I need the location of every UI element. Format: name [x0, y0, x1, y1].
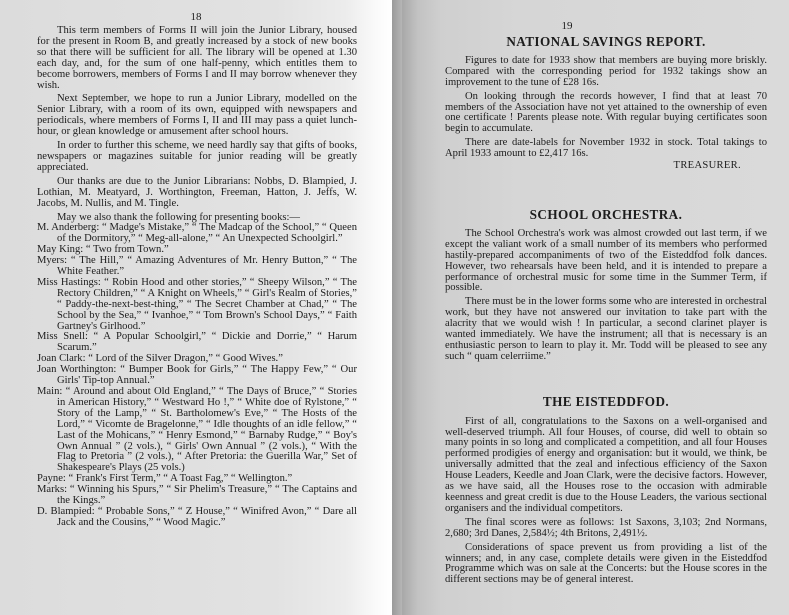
donor-entry: D. Blampied: “ Probable Sons,” “ Z House… — [37, 507, 357, 529]
paragraph: In order to further this scheme, we need… — [37, 141, 357, 174]
paragraph: This term members of Forms II will join … — [37, 26, 357, 91]
donor-entry: Marks: “ Winning his Spurs,” “ Sir Pheli… — [37, 485, 357, 507]
paragraph: First of all, congratulations to the Sax… — [445, 417, 767, 515]
donor-entry: Joan Worthington: “ Bumper Book for Girl… — [37, 365, 357, 387]
paragraph: The School Orchestra's work was almost c… — [445, 229, 767, 294]
right-page-body: NATIONAL SAVINGS REPORT. Figures to date… — [445, 37, 767, 589]
paragraph: Next September, we hope to run a Junior … — [37, 94, 357, 138]
paragraph: There are date-labels for November 1932 … — [445, 138, 767, 160]
paragraph: Considerations of space prevent us from … — [445, 543, 767, 587]
book-gutter — [392, 0, 402, 615]
paragraph: Figures to date for 1933 show that membe… — [445, 56, 767, 89]
donor-entry: Main: “ Around and about Old England,” “… — [37, 387, 357, 474]
page-number: 19 — [402, 20, 732, 32]
section-heading: SCHOOL ORCHESTRA. — [445, 210, 767, 221]
donor-entry: Miss Hastings: “ Robin Hood and other st… — [37, 278, 357, 333]
signature: TREASURER. — [445, 161, 767, 172]
section-heading: THE EISTEDDFOD. — [445, 397, 767, 408]
paragraph: There must be in the lower forms some wh… — [445, 297, 767, 362]
donor-entry: Miss Snell: “ A Popular Schoolgirl,” “ D… — [37, 332, 357, 354]
section-eisteddfod: THE EISTEDDFOD. First of all, congratula… — [445, 397, 767, 587]
donor-entry: M. Anderberg: “ Madge's Mistake,” “ The … — [37, 223, 357, 245]
paragraph: On looking through the records however, … — [445, 92, 767, 136]
left-page-body: This term members of Forms II will join … — [37, 26, 357, 529]
section-school-orchestra: SCHOOL ORCHESTRA. The School Orchestra's… — [445, 210, 767, 363]
section-heading: NATIONAL SAVINGS REPORT. — [445, 37, 767, 48]
page-number: 18 — [0, 11, 392, 23]
paragraph: Our thanks are due to the Junior Librari… — [37, 177, 357, 210]
paragraph: The final scores were as follows: 1st Sa… — [445, 518, 767, 540]
donor-entry: Myers: “ The Hill,” “ Amazing Adventures… — [37, 256, 357, 278]
right-page: 19 NATIONAL SAVINGS REPORT. Figures to d… — [402, 0, 789, 615]
left-page: 18 This term members of Forms II will jo… — [0, 0, 392, 615]
section-national-savings: NATIONAL SAVINGS REPORT. Figures to date… — [445, 37, 767, 172]
book-spread: 18 This term members of Forms II will jo… — [0, 0, 789, 615]
